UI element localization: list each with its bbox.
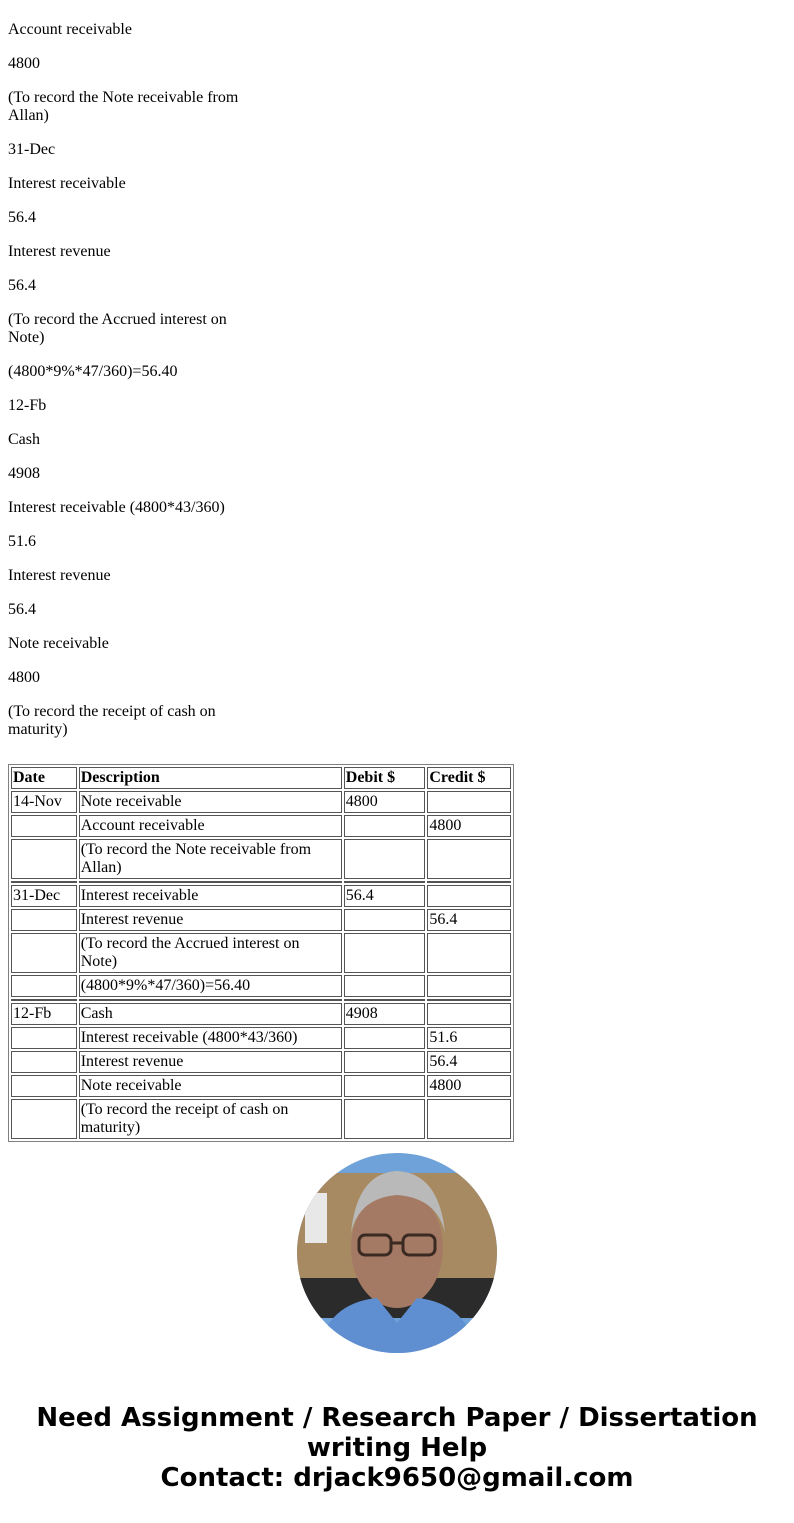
cell-date: [11, 1099, 77, 1139]
cell-debit: [344, 933, 426, 973]
cell-credit: [427, 839, 511, 879]
journal-line: 4800: [8, 669, 248, 687]
table-row: Account receivable4800: [11, 815, 511, 837]
journal-line: Interest revenue: [8, 243, 248, 261]
cell-date: 14-Nov: [11, 791, 77, 813]
table-header-row: Date Description Debit $ Credit $: [11, 767, 511, 789]
journal-line: (To record the Note receivable from Alla…: [8, 89, 248, 125]
separator-cell: [427, 999, 511, 1001]
cell-credit: [427, 1099, 511, 1139]
cell-description: Account receivable: [79, 815, 342, 837]
cell-date: [11, 1027, 77, 1049]
journal-line: 56.4: [8, 601, 248, 619]
table-row: Interest receivable (4800*43/360)51.6: [11, 1027, 511, 1049]
cell-debit: [344, 1099, 426, 1139]
promo-line-2: writing Help: [0, 1433, 794, 1463]
promo-line-1: Need Assignment / Research Paper / Disse…: [0, 1403, 794, 1433]
separator-cell: [79, 999, 342, 1001]
table-row: 31-DecInterest receivable56.4: [11, 885, 511, 907]
separator-cell: [11, 999, 77, 1001]
table-row: (To record the receipt of cash on maturi…: [11, 1099, 511, 1139]
journal-line: 51.6: [8, 533, 248, 551]
cell-debit: [344, 1051, 426, 1073]
author-avatar: [297, 1153, 497, 1353]
separator-cell: [11, 881, 77, 883]
table-row: Note receivable4800: [11, 1075, 511, 1097]
table-row: (4800*9%*47/360)=56.40: [11, 975, 511, 997]
cell-date: [11, 839, 77, 879]
header-date: Date: [11, 767, 77, 789]
separator-cell: [79, 881, 342, 883]
cell-description: Note receivable: [79, 791, 342, 813]
journal-line: Interest receivable (4800*43/360): [8, 499, 248, 517]
journal-line: 56.4: [8, 277, 248, 295]
cell-credit: 4800: [427, 815, 511, 837]
person-photo-icon: [297, 1153, 497, 1353]
cell-description: (To record the Note receivable from Alla…: [79, 839, 342, 879]
cell-credit: [427, 975, 511, 997]
cell-description: (To record the Accrued interest on Note): [79, 933, 342, 973]
journal-line: 4800: [8, 55, 248, 73]
cell-description: (4800*9%*47/360)=56.40: [79, 975, 342, 997]
cell-credit: 56.4: [427, 1051, 511, 1073]
cell-credit: [427, 933, 511, 973]
table-row: 12-FbCash4908: [11, 1003, 511, 1025]
journal-line: (To record the Accrued interest on Note): [8, 311, 248, 347]
journal-line: Note receivable: [8, 635, 248, 653]
journal-line: (To record the receipt of cash on maturi…: [8, 703, 248, 739]
cell-description: Note receivable: [79, 1075, 342, 1097]
cell-description: Interest revenue: [79, 909, 342, 931]
group-separator: [11, 999, 511, 1001]
journal-entries-table: Date Description Debit $ Credit $ 14-Nov…: [8, 764, 514, 1142]
cell-description: (To record the receipt of cash on maturi…: [79, 1099, 342, 1139]
cell-debit: 4800: [344, 791, 426, 813]
cell-description: Interest receivable: [79, 885, 342, 907]
cell-debit: [344, 815, 426, 837]
cell-date: [11, 975, 77, 997]
cell-debit: 56.4: [344, 885, 426, 907]
cell-credit: [427, 791, 511, 813]
cell-date: [11, 909, 77, 931]
separator-cell: [344, 999, 426, 1001]
journal-line: 12-Fb: [8, 397, 248, 415]
cell-debit: [344, 975, 426, 997]
journal-line: 4800: [8, 0, 248, 5]
header-debit: Debit $: [344, 767, 426, 789]
cell-date: [11, 1075, 77, 1097]
cell-date: [11, 815, 77, 837]
cell-debit: [344, 1027, 426, 1049]
cell-date: [11, 1051, 77, 1073]
journal-text: 4800Account receivable4800(To record the…: [8, 0, 248, 755]
table-row: Interest revenue56.4: [11, 909, 511, 931]
cell-credit: 4800: [427, 1075, 511, 1097]
journal-line: 56.4: [8, 209, 248, 227]
journal-line: 4908: [8, 465, 248, 483]
promo-contact: Contact: drjack9650@gmail.com: [0, 1463, 794, 1493]
cell-description: Interest revenue: [79, 1051, 342, 1073]
promo-banner: Need Assignment / Research Paper / Disse…: [0, 1403, 794, 1493]
cell-debit: [344, 909, 426, 931]
table-row: Interest revenue56.4: [11, 1051, 511, 1073]
journal-line: Account receivable: [8, 21, 248, 39]
header-description: Description: [79, 767, 342, 789]
separator-cell: [344, 881, 426, 883]
cell-description: Cash: [79, 1003, 342, 1025]
cell-date: [11, 933, 77, 973]
cell-date: 31-Dec: [11, 885, 77, 907]
cell-debit: [344, 1075, 426, 1097]
cell-credit: [427, 885, 511, 907]
journal-line: Interest receivable: [8, 175, 248, 193]
separator-cell: [427, 881, 511, 883]
journal-line: Cash: [8, 431, 248, 449]
cell-debit: 4908: [344, 1003, 426, 1025]
journal-line: 31-Dec: [8, 141, 248, 159]
cell-credit: 51.6: [427, 1027, 511, 1049]
journal-line: Interest revenue: [8, 567, 248, 585]
cell-debit: [344, 839, 426, 879]
table-row: (To record the Note receivable from Alla…: [11, 839, 511, 879]
header-credit: Credit $: [427, 767, 511, 789]
journal-line: (4800*9%*47/360)=56.40: [8, 363, 248, 381]
table-row: 14-NovNote receivable4800: [11, 791, 511, 813]
cell-credit: [427, 1003, 511, 1025]
table-row: (To record the Accrued interest on Note): [11, 933, 511, 973]
group-separator: [11, 881, 511, 883]
cell-description: Interest receivable (4800*43/360): [79, 1027, 342, 1049]
cell-credit: 56.4: [427, 909, 511, 931]
cell-date: 12-Fb: [11, 1003, 77, 1025]
